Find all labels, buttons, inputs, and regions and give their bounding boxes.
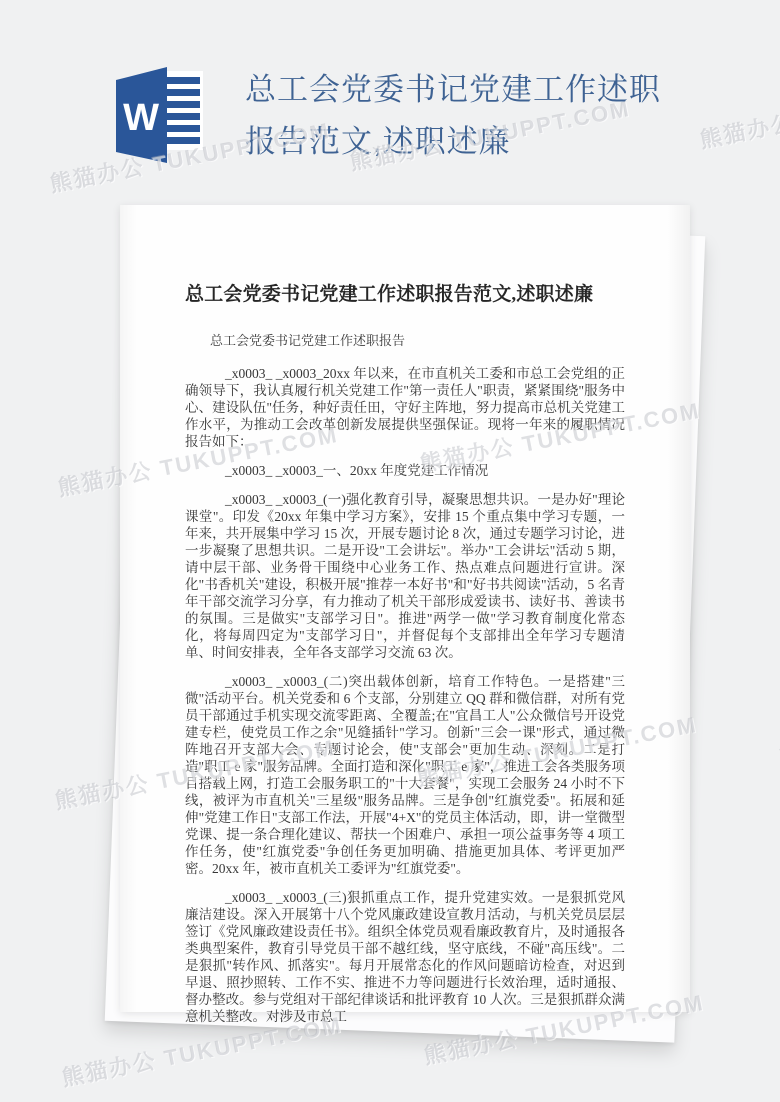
document-title: 总工会党委书记党建工作述职报告范文,述职述廉 [185, 279, 625, 306]
watermark: 熊猫办公 TUKUPPT.COM [776, 686, 780, 771]
word-icon-graphic: W [103, 63, 207, 165]
document-paragraph: _x0003_ _x0003_(三)狠抓重点工作，提升党建实效。一是狠抓党风廉洁… [185, 889, 625, 1025]
document-paragraph: _x0003_ _x0003_一、20xx 年度党建工作情况 [185, 462, 625, 479]
document-page: 总工会党委书记党建工作述职报告范文,述职述廉 总工会党委书记党建工作述职报告 _… [120, 205, 690, 1012]
document-paragraph: _x0003_ _x0003_(二)突出载体创新，培育工作特色。一是搭建"三微"… [185, 673, 625, 877]
page-title-line-2: 报告范文,述职述廉 [245, 116, 695, 168]
watermark: 熊猫办公 TUKUPPT.COM [697, 70, 780, 155]
word-icon: W [103, 63, 207, 165]
document-preview-screen: W 总工会党委书记党建工作述职 报告范文,述职述廉 总工会党委书记党建工作述职报… [0, 0, 780, 1102]
document-paragraph: _x0003_ _x0003_(一)强化教育引导，凝聚思想共识。一是办好"理论课… [185, 491, 625, 661]
document-paragraph: _x0003_ _x0003_20xx 年以来，在市直机关工委和市总工会党组的正… [185, 365, 625, 450]
svg-text:W: W [123, 97, 159, 139]
page-title-line-1: 总工会党委书记党建工作述职 [245, 64, 695, 116]
document-subtitle: 总工会党委书记党建工作述职报告 [185, 330, 625, 349]
page-title: 总工会党委书记党建工作述职 报告范文,述职述廉 [245, 64, 695, 168]
